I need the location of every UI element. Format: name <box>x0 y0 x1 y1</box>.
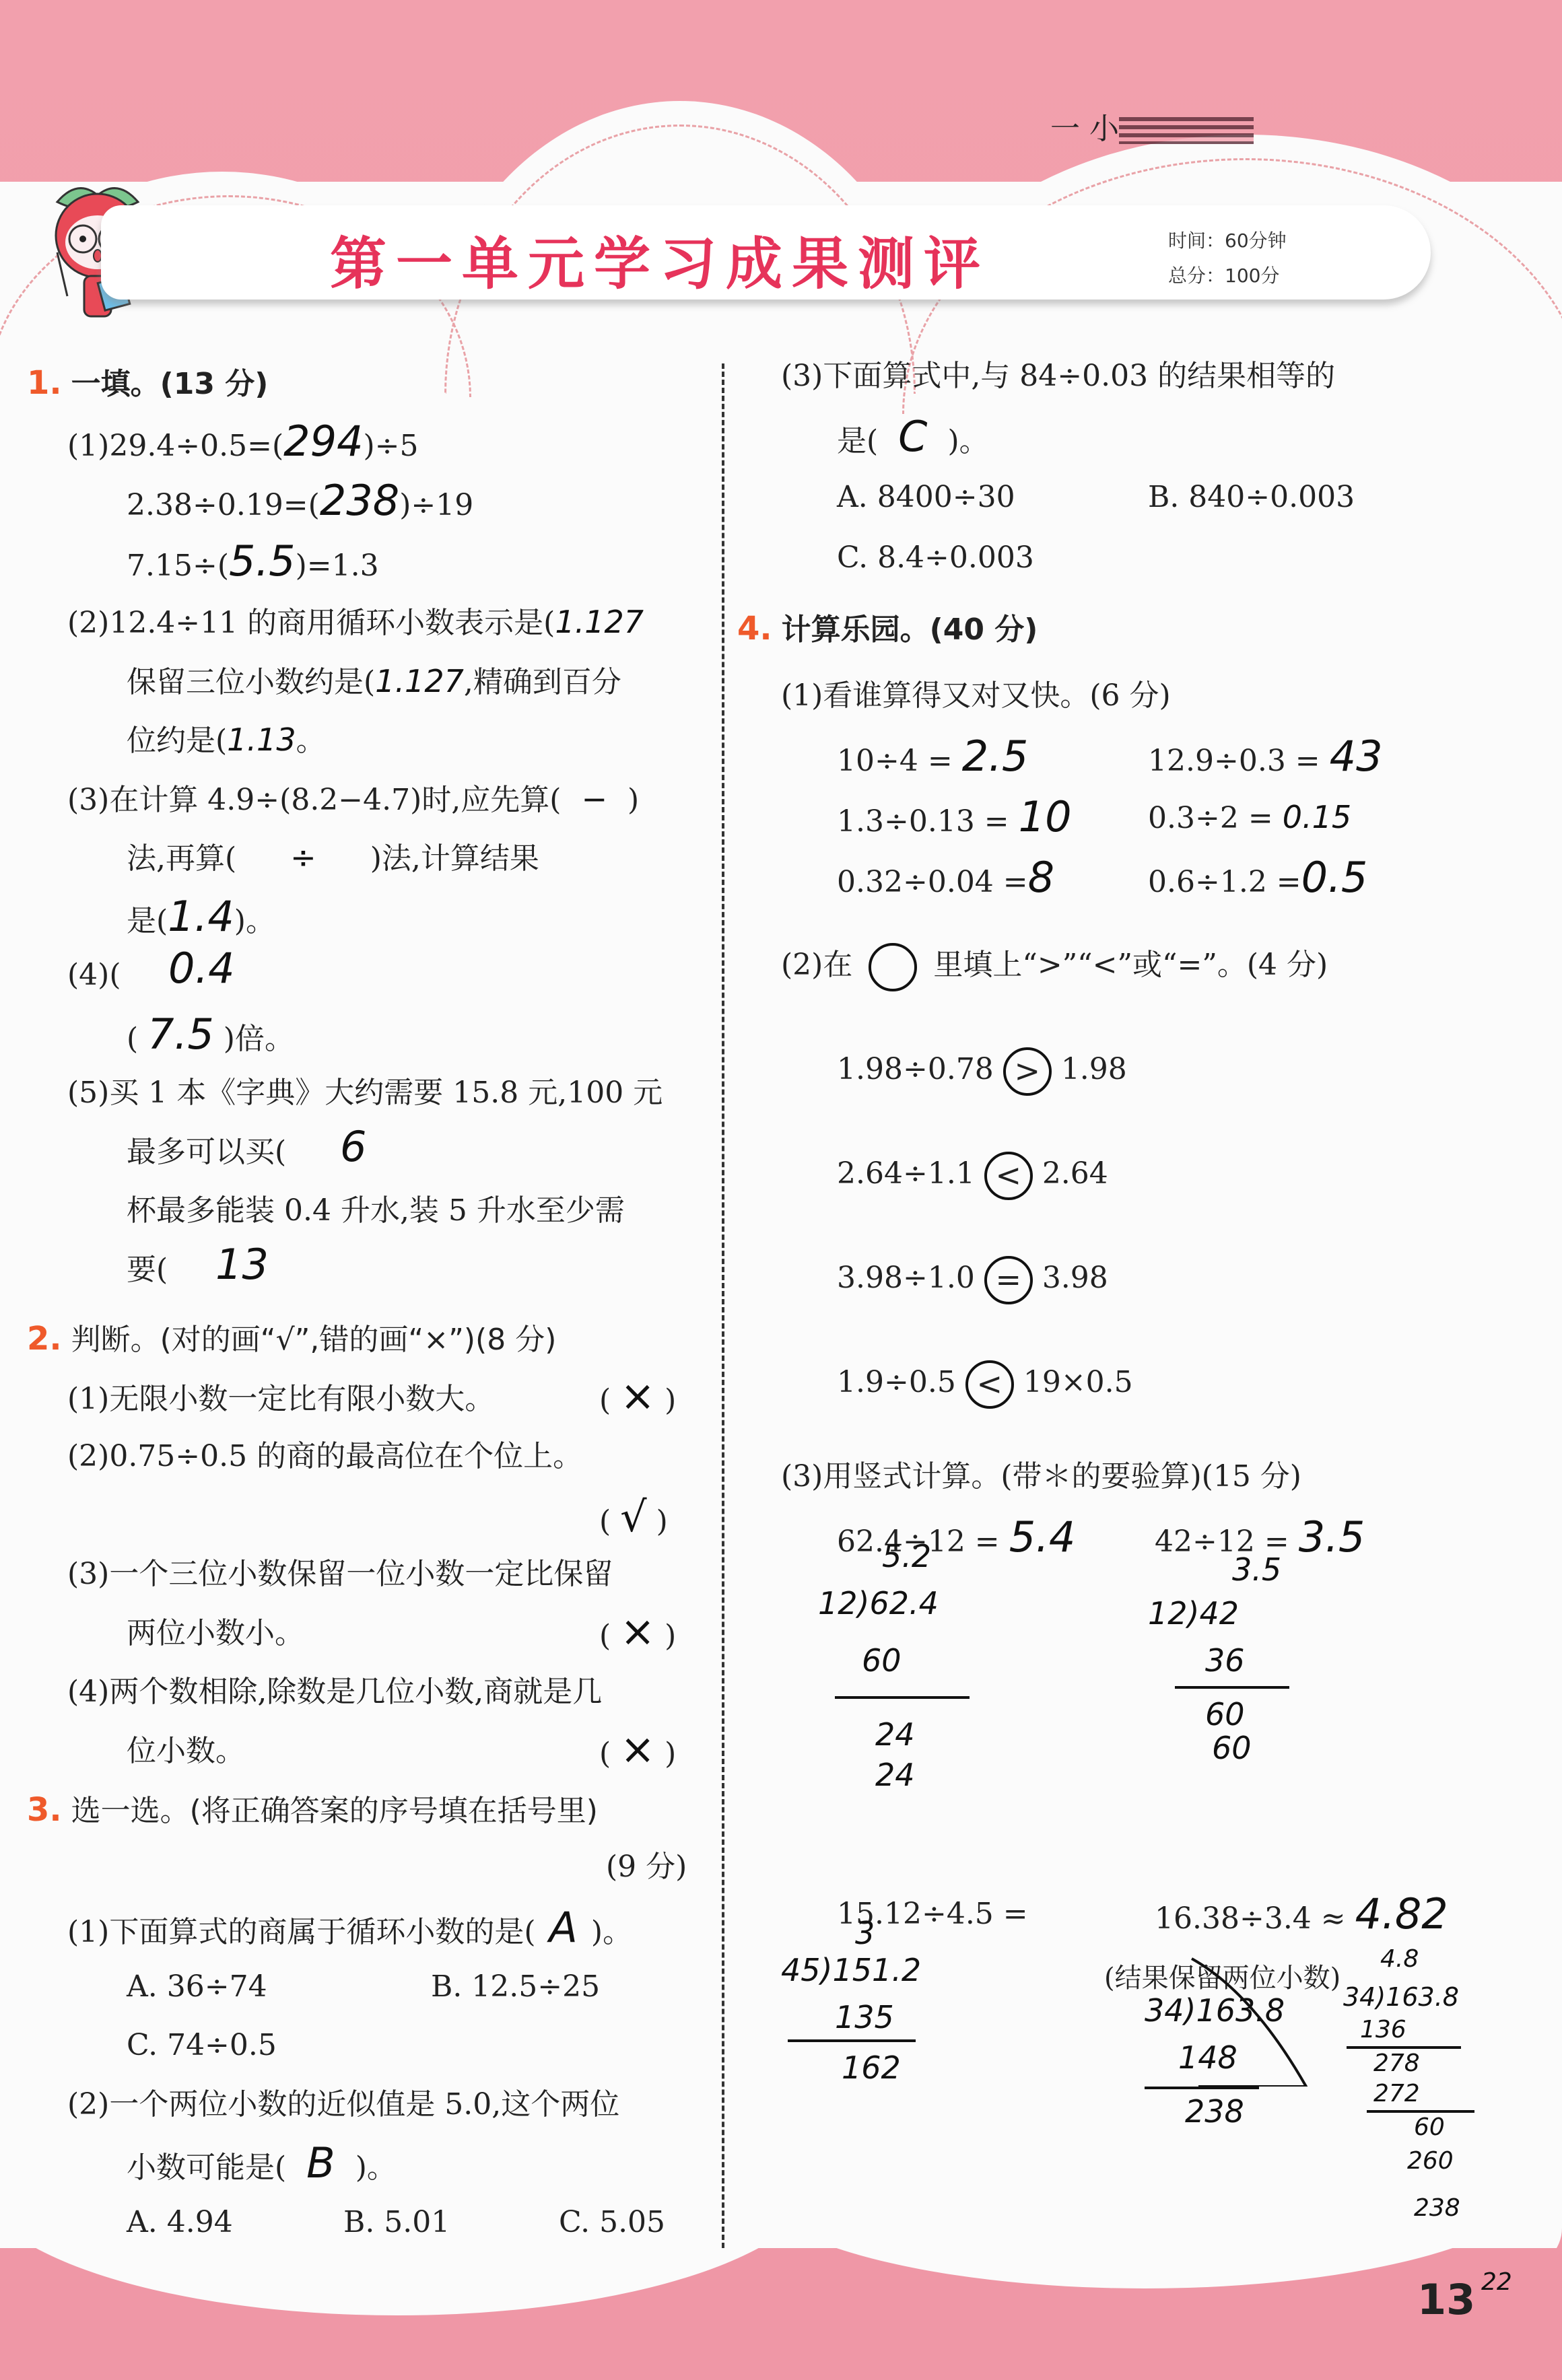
handwritten-answer[interactable]: A <box>549 1903 578 1952</box>
choice-option-b: B. 840÷0.003 <box>1148 468 1355 527</box>
part-2-title: (2)在 里填上“>”“<”或“=”。(4 分) <box>781 936 1328 995</box>
question-text: 是( <box>837 424 878 458</box>
question-text: (2)一个两位小数的近似值是 5.0,这个两位 <box>67 2087 619 2122</box>
section-title: 计算乐园。(40 分) <box>782 612 1038 647</box>
section-number: 4. <box>737 610 772 647</box>
compare-item: 3.98÷1.0 = 3.98 <box>837 1249 1108 1308</box>
question-text: )。 <box>355 2150 397 2185</box>
handwritten-answer[interactable]: 5.4 <box>1009 1512 1076 1562</box>
choice-question-2b: 小数可能是(B)。 <box>127 2134 397 2198</box>
handwritten-answer[interactable]: 1.127 <box>375 663 464 699</box>
work-step: 272 <box>1373 2080 1420 2107</box>
work-dividend: 45)151.2 <box>781 1952 921 1988</box>
instruction-text: 里填上“>”“<”或“=”。(4 分) <box>933 948 1328 982</box>
judge-answer-1[interactable]: ( × ) <box>599 1366 676 1430</box>
question-text: 位约是( <box>127 724 227 758</box>
handwritten-answer[interactable]: 3.5 <box>1299 1512 1365 1562</box>
judge-item-2: (2)0.75÷0.5 的商的最高位在个位上。 <box>67 1427 582 1486</box>
question-text: )÷5 <box>364 429 419 463</box>
expression: 12.9÷0.3 = <box>1148 744 1320 778</box>
handwritten-answer[interactable]: 2.5 <box>962 732 1029 781</box>
long-division-item: 62.4÷12 = 5.4 <box>837 1508 1075 1572</box>
compare-circle[interactable]: < <box>965 1360 1014 1409</box>
expression: 0.3÷2 = <box>1148 801 1273 835</box>
question-text: 要( <box>127 1253 168 1287</box>
question-1-2c: 位约是(1.13。 <box>127 710 326 771</box>
test-meta: 时间：60分钟 总分：100分 <box>1168 223 1287 293</box>
work-step: 238 <box>1185 2093 1244 2130</box>
handwritten-answer[interactable]: 7.5 <box>147 1010 214 1059</box>
work-step: 136 <box>1360 2016 1406 2043</box>
handwritten-answer[interactable]: 238 <box>320 476 399 525</box>
work-step: 60 <box>1414 2113 1445 2141</box>
handwritten-answer[interactable]: 6 <box>340 1117 366 1177</box>
work-step: 24 <box>875 1757 915 1793</box>
handwritten-answer[interactable]: 0.5 <box>1301 853 1368 902</box>
question-text: )=1.3 <box>296 549 379 583</box>
question-1-4b: (7.5)倍。 <box>127 1005 294 1069</box>
work-step: 60 <box>1212 1730 1252 1766</box>
judge-item-3b: 两位小数小。 <box>127 1604 304 1663</box>
work-line <box>1347 2046 1461 2049</box>
mental-math-item: 0.32÷0.04 =8 <box>837 848 1054 912</box>
handwritten-answer[interactable]: √ <box>620 1492 647 1541</box>
judge-item-1: (1)无限小数一定比有限小数大。 <box>67 1370 494 1429</box>
mental-math-item: 0.6÷1.2 =0.5 <box>1148 848 1367 912</box>
expression: 1.9÷0.5 <box>837 1365 956 1399</box>
handwritten-answer[interactable]: 10 <box>1019 792 1072 841</box>
section-title: 选一选。(将正确答案的序号填在括号里) <box>71 1794 598 1828</box>
choice-option-c: C. 5.05 <box>559 2193 665 2252</box>
handwritten-answer[interactable]: × <box>620 1371 655 1420</box>
work-dividend: 34)163.8 <box>1343 1982 1459 2012</box>
handwritten-answer[interactable]: 0.4 <box>168 939 235 998</box>
question-1-3a: (3)在计算 4.9÷(8.2−4.7)时,应先算(−) <box>67 769 639 830</box>
expression: 3.98÷1.0 <box>837 1261 975 1295</box>
work-line <box>1367 2110 1474 2113</box>
compare-item: 2.64÷1.1 < 2.64 <box>837 1144 1108 1203</box>
time-limit: 时间：60分钟 <box>1168 223 1287 258</box>
section-1-heading: 1. 一填。(13 分) <box>27 353 268 414</box>
expression: 0.32÷0.04 = <box>837 865 1028 899</box>
section-number: 3. <box>27 1791 62 1829</box>
work-step: 22 <box>1481 2268 1512 2296</box>
compare-item: 1.9÷0.5 < 19×0.5 <box>837 1353 1133 1412</box>
question-text: 小数可能是( <box>127 2150 286 2185</box>
handwritten-answer[interactable]: − <box>581 781 607 817</box>
compare-circle[interactable]: = <box>984 1256 1033 1304</box>
section-number: 1. <box>27 364 62 402</box>
question-text: 两位小数小。 <box>127 1616 304 1650</box>
school-label: 一 小 <box>1050 104 1254 147</box>
work-step: 135 <box>835 1999 894 2035</box>
question-text: ) <box>627 783 639 817</box>
handwritten-answer[interactable]: 13 <box>215 1235 269 1294</box>
handwritten-answer[interactable]: 43 <box>1330 732 1383 781</box>
choice-question-2: (2)一个两位小数的近似值是 5.0,这个两位 <box>67 2075 619 2134</box>
question-1-5c: 杯最多能装 0.4 升水,装 5 升水至少需 <box>127 1181 625 1240</box>
question-1-5d: 要( <box>127 1240 168 1300</box>
handwritten-answer[interactable]: 0.15 <box>1283 799 1351 835</box>
work-line <box>788 2039 916 2042</box>
compare-circle[interactable]: < <box>984 1152 1033 1200</box>
work-step: 162 <box>842 2050 901 2086</box>
handwritten-answer[interactable]: B <box>306 2138 335 2187</box>
section-4-heading: 4. 计算乐园。(40 分) <box>737 599 1038 660</box>
empty-circle-icon <box>869 943 917 991</box>
question-text: )法,计算结果 <box>370 841 539 876</box>
expression: 19×0.5 <box>1023 1365 1133 1399</box>
question-text: 法,再算( <box>127 841 236 876</box>
choice-option-c: C. 74÷0.5 <box>127 2016 277 2075</box>
judge-answer-4[interactable]: ( × ) <box>599 1720 676 1784</box>
instruction-text: (2)在 <box>781 948 852 982</box>
judge-item-4: (4)两个数相除,除数是几位小数,商就是几 <box>67 1663 602 1722</box>
question-text: 保留三位小数约是( <box>127 665 375 699</box>
question-1-3b: 法,再算(÷)法,计算结果 <box>127 828 539 888</box>
judge-answer-2[interactable]: ( √ ) <box>599 1487 668 1551</box>
question-1-1c: 7.15÷(5.5)=1.3 <box>127 532 379 596</box>
mental-math-item: 0.3÷2 = 0.15 <box>1148 788 1351 848</box>
work-dividend: 12)42 <box>1148 1595 1239 1632</box>
work-line <box>835 1696 970 1699</box>
work-dividend: 12)62.4 <box>818 1585 939 1621</box>
part-3-title: (3)用竖式计算。(带＊的要验算)(15 分) <box>781 1447 1301 1506</box>
expression: 0.6÷1.2 = <box>1148 865 1301 899</box>
work-line <box>1175 1686 1289 1689</box>
long-division-item: 16.38÷3.4 ≈ 4.82 <box>1155 1885 1448 1949</box>
question-text: (2)12.4÷11 的商用循环小数表示是( <box>67 606 555 640</box>
redacted-name <box>1119 117 1254 144</box>
column-divider <box>722 363 724 2248</box>
judge-item-4b: 位小数。 <box>127 1722 245 1781</box>
question-text: ( <box>127 1022 138 1056</box>
choice-option-a: A. 36÷74 <box>127 1957 267 2017</box>
handwritten-answer[interactable]: 4.82 <box>1355 1889 1448 1938</box>
question-1-1a: (1)29.4÷0.5=(294)÷5 <box>67 412 419 476</box>
question-text: (4)两个数相除,除数是几位小数,商就是几 <box>67 1675 602 1709</box>
choice-option-c: C. 8.4÷0.003 <box>837 528 1034 588</box>
question-text: 7.15÷( <box>127 549 229 583</box>
judge-answer-3[interactable]: ( × ) <box>599 1602 676 1666</box>
handwritten-answer[interactable]: ÷ <box>290 839 316 876</box>
expression: 16.38÷3.4 ≈ <box>1155 1901 1346 1936</box>
work-step: 278 <box>1373 2050 1420 2077</box>
section-3-heading: 3. 选一选。(将正确答案的序号填在括号里) <box>27 1780 598 1841</box>
handwritten-answer[interactable]: C <box>898 412 927 461</box>
question-text: (1)下面算式的商属于循环小数的是( <box>67 1915 536 1949</box>
handwritten-answer[interactable]: 1.127 <box>555 604 644 640</box>
choice-option-a: A. 4.94 <box>127 2193 233 2252</box>
section-number: 2. <box>27 1320 62 1358</box>
work-step: 238 <box>1414 2194 1460 2222</box>
question-text: 最多可以买( <box>127 1135 286 1169</box>
expression: 3.98 <box>1042 1261 1108 1295</box>
question-text: (4)( <box>67 958 121 992</box>
question-text: 是( <box>127 904 168 938</box>
expression: 1.98 <box>1061 1052 1127 1086</box>
question-text: 。 <box>296 724 326 758</box>
page-title: 第一单元学习成果测评 <box>330 219 990 300</box>
question-text: (5)买 1 本《字典》大约需要 15.8 元,100 元 <box>67 1076 663 1110</box>
expression: 10÷4 = <box>837 744 953 778</box>
page-number: 13 <box>1417 2275 1475 2324</box>
section-2-heading: 2. 判断。(对的画“√”,错的画“×”)(8 分) <box>27 1309 556 1370</box>
question-text: )倍。 <box>224 1022 294 1056</box>
compare-item: 1.98÷0.78 > 1.98 <box>837 1040 1127 1099</box>
judge-item-3: (3)一个三位小数保留一位小数一定比保留 <box>67 1545 613 1604</box>
work-quotient: 5.2 <box>882 1538 931 1574</box>
handwritten-answer[interactable]: × <box>620 1607 655 1656</box>
work-step: 260 <box>1407 2147 1454 2175</box>
choice-question-3b: 是(C)。 <box>837 407 989 471</box>
mental-math-item: 10÷4 = 2.5 <box>837 727 1028 791</box>
expression: 1.98÷0.78 <box>837 1052 994 1086</box>
question-text: )÷19 <box>399 488 473 522</box>
handwritten-answer[interactable]: 5.5 <box>229 536 296 586</box>
expression: 1.3÷0.13 = <box>837 804 1009 839</box>
handwritten-answer[interactable]: 1.4 <box>168 892 234 941</box>
choice-option-b: B. 5.01 <box>343 2193 450 2252</box>
question-text: (3)下面算式中,与 84÷0.03 的结果相等的 <box>781 359 1335 393</box>
question-text: (3)一个三位小数保留一位小数一定比保留 <box>67 1557 613 1591</box>
question-1-2a: (2)12.4÷11 的商用循环小数表示是(1.127 <box>67 592 644 653</box>
question-text: (2)0.75÷0.5 的商的最高位在个位上。 <box>67 1439 582 1473</box>
question-text: 杯最多能装 0.4 升水,装 5 升水至少需 <box>127 1193 625 1228</box>
work-step: 60 <box>1205 1696 1245 1733</box>
choice-option-b: B. 12.5÷25 <box>431 1957 600 2017</box>
compare-circle[interactable]: > <box>1003 1047 1052 1096</box>
question-1-1b: 2.38÷0.19=(238)÷19 <box>127 471 473 535</box>
expression: 2.64 <box>1042 1156 1108 1191</box>
crossed-out-mark-icon <box>1185 1952 1320 2087</box>
work-quotient: 3.5 <box>1232 1551 1281 1588</box>
choice-question-3: (3)下面算式中,与 84÷0.03 的结果相等的 <box>781 347 1335 406</box>
section-3-score: (9 分) <box>606 1838 687 1897</box>
question-text: )。 <box>947 424 988 458</box>
question-text: (1)无限小数一定比有限小数大。 <box>67 1382 494 1416</box>
work-step: 60 <box>862 1642 902 1679</box>
work-quotient: 3 <box>855 1915 875 1951</box>
section-title: 判断。(对的画“√”,错的画“×”)(8 分) <box>71 1323 557 1357</box>
question-text: 2.38÷0.19=( <box>127 488 320 522</box>
expression: 2.64÷1.1 <box>837 1156 975 1191</box>
question-text: (3)在计算 4.9÷(8.2−4.7)时,应先算( <box>67 783 561 817</box>
section-title: 一填。(13 分) <box>71 367 269 401</box>
total-score: 总分：100分 <box>1168 258 1287 293</box>
question-text: (1)29.4÷0.5=( <box>67 429 283 463</box>
school-text: 一 小 <box>1050 112 1119 146</box>
work-line <box>1145 2087 1259 2089</box>
handwritten-answer[interactable]: 8 <box>1028 853 1054 902</box>
question-text: ,精确到百分 <box>464 665 621 699</box>
question-1-2b: 保留三位小数约是(1.127,精确到百分 <box>127 652 621 712</box>
question-text: )。 <box>591 1915 632 1949</box>
question-text: )。 <box>234 904 275 938</box>
choice-option-a: A. 8400÷30 <box>837 468 1015 527</box>
work-step: 36 <box>1205 1642 1245 1679</box>
question-text: 位小数。 <box>127 1734 245 1768</box>
question-1-4a: (4)( <box>67 946 121 1005</box>
choice-question-1: (1)下面算式的商属于循环小数的是(A)。 <box>67 1898 632 1962</box>
handwritten-answer[interactable]: 294 <box>283 417 363 466</box>
question-1-5b: 最多可以买( <box>127 1123 286 1182</box>
mental-math-item: 1.3÷0.13 = 10 <box>837 788 1072 851</box>
question-1-5a: (5)买 1 本《字典》大约需要 15.8 元,100 元 <box>67 1063 663 1123</box>
part-1-title: (1)看谁算得又对又快。(6 分) <box>781 666 1171 726</box>
work-step: 24 <box>875 1716 915 1753</box>
handwritten-answer[interactable]: × <box>620 1724 655 1774</box>
mental-math-item: 12.9÷0.3 = 43 <box>1148 727 1383 791</box>
work-quotient: 4.8 <box>1380 1945 1419 1973</box>
handwritten-answer[interactable]: 1.13 <box>227 722 296 758</box>
